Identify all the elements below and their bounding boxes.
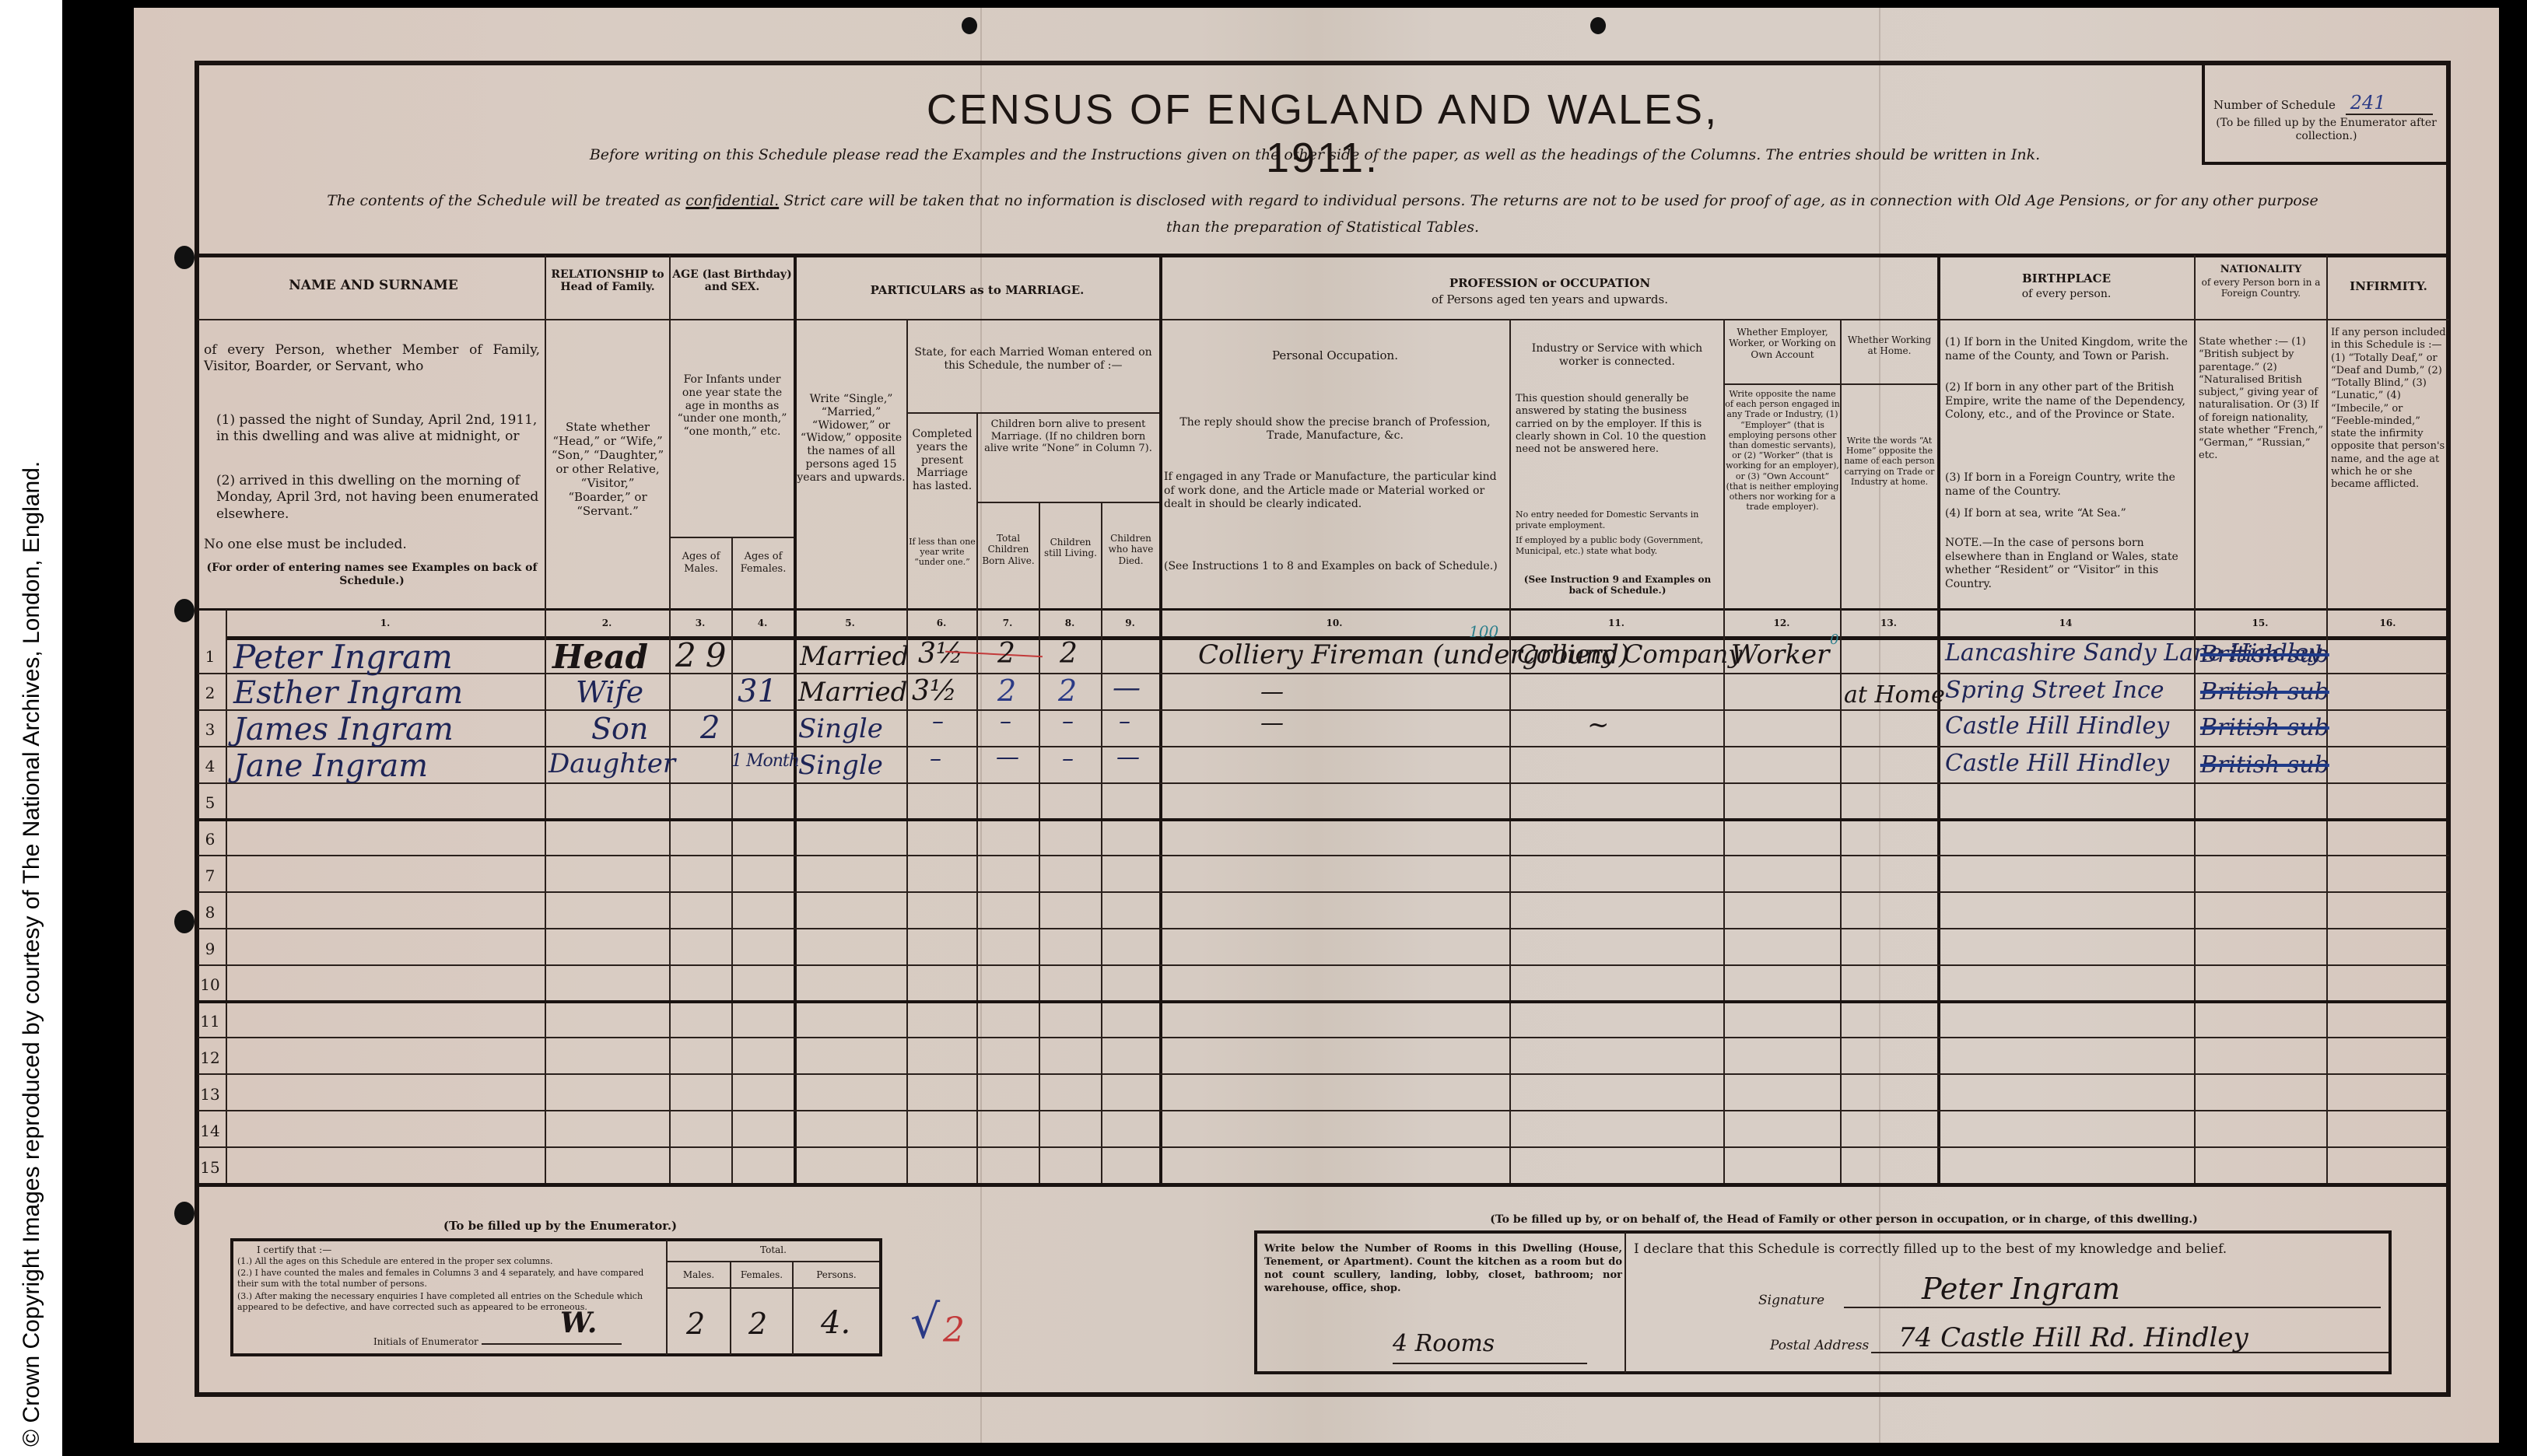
punch-hole (174, 246, 195, 269)
cell-industry: Colliery Company (1517, 639, 1742, 669)
header-bottom-line (198, 608, 2449, 611)
col-divider (731, 537, 733, 1185)
cell-nationality: British sub (2200, 751, 2329, 779)
cell-relationship: Wife (576, 675, 643, 709)
cell-age-female: 1 Month (731, 751, 799, 771)
age-females-label: Ages of Females. (733, 551, 794, 575)
instruction-line: Before writing on this Schedule please r… (498, 146, 2132, 163)
col-divider (1039, 502, 1040, 1185)
row-number: 6 (195, 830, 226, 849)
row-line (198, 746, 2449, 747)
confidential-line: The contents of the Schedule will be tre… (210, 192, 2435, 209)
col-divider (669, 255, 671, 1185)
header-marriage: PARTICULARS as to MARRIAGE. (795, 284, 1159, 297)
cell-relationship: Son (591, 712, 648, 746)
cell-name: Peter Ingram (233, 638, 453, 676)
col-divider (1509, 319, 1511, 1185)
row-number: 10 (195, 975, 226, 994)
row-line (198, 673, 2449, 674)
row-number: 4 (195, 757, 226, 775)
personal-occupation-label: Personal Occupation. (1161, 348, 1509, 362)
subheader-line (908, 412, 1159, 414)
cell-occupation: — (1260, 678, 1284, 705)
died-label: Children who have Died. (1102, 533, 1159, 566)
cell-age-male: 29 (675, 636, 735, 674)
col-num-9: 9. (1101, 618, 1159, 628)
cell-died: — (1116, 744, 1140, 771)
check-number: 2 (943, 1311, 965, 1350)
subheader-line (1725, 383, 1937, 385)
row-number: 1 (195, 647, 226, 666)
subheader-line (671, 537, 794, 538)
schedule-number-note: (To be filled up by the Enumerator after… (2210, 117, 2443, 143)
birthplace-desc-3: (3) If born in a Foreign Country, write … (1945, 471, 2190, 499)
col-num-7: 7. (976, 618, 1039, 628)
cell-occupation: — (1260, 709, 1284, 737)
personal-desc-2: If engaged in any Trade or Manufacture, … (1164, 471, 1506, 512)
married-woman-desc: State, for each Married Woman entered on… (909, 346, 1158, 373)
row-line-thick (198, 1000, 2449, 1003)
birthplace-desc-1: (1) If born in the United Kingdom, write… (1945, 336, 2190, 363)
row-line (198, 782, 2449, 784)
punch-hole (174, 1202, 195, 1225)
cell-born-alive: – (1000, 708, 1011, 735)
cell-relationship: Head (552, 638, 648, 676)
row-line (198, 709, 2449, 711)
cell-condition: Married (800, 641, 909, 672)
name-desc-intro: of every Person, whether Member of Famil… (204, 342, 540, 376)
address-value: 74 Castle Hill Rd. Hindley (1898, 1322, 2248, 1353)
employer-label: Whether Employer, Worker, or Working on … (1725, 327, 1840, 360)
cell-died: — (1113, 672, 1141, 704)
name-desc-2: (2) arrived in this dwelling on the morn… (216, 473, 540, 523)
signature-line (1844, 1307, 2381, 1308)
infirmity-desc: If any person included in this Schedule … (2331, 327, 2446, 491)
punch-hole (174, 910, 195, 933)
confidential-line-2: than the preparation of Statistical Tabl… (934, 219, 1712, 236)
header-divider (198, 319, 2449, 320)
row-number: 15 (195, 1158, 226, 1177)
col-num-16: 16. (2326, 618, 2449, 628)
row-line-thick (198, 818, 2449, 821)
enumerator-divider (668, 1261, 879, 1262)
industry-desc-2: No entry needed for Domestic Servants in… (1516, 509, 1719, 531)
enumerator-divider (666, 1240, 668, 1355)
cell-condition: Single (798, 713, 883, 744)
row-number: 5 (195, 793, 226, 812)
cell-name: Jane Ingram (233, 748, 428, 784)
cell-birthplace: Castle Hill Hindley (1945, 750, 2169, 777)
row-number: 7 (195, 866, 226, 885)
occupation-code: 100 (1469, 622, 1498, 641)
cell-born-alive: 2 (997, 674, 1016, 708)
name-desc-3: No one else must be included. (204, 537, 540, 553)
punch-hole (174, 599, 195, 622)
cell-years-married: – (932, 708, 944, 735)
schedule-number-label-text: Number of Schedule (2213, 98, 2336, 112)
cell-nationality: British sub (2200, 641, 2329, 668)
row-number: 14 (195, 1122, 226, 1140)
col-num-2: 2. (545, 618, 669, 628)
col-num-5: 5. (794, 618, 906, 628)
children-desc: Children born alive to present Marriage.… (979, 418, 1158, 455)
years-married-desc: Completed years the present Marriage has… (908, 428, 976, 493)
cell-years-married: 3½ (918, 638, 963, 670)
row-line (198, 1110, 2449, 1111)
row-number: 11 (195, 1012, 226, 1031)
relationship-desc: State whether “Head,” or “Wife,” “Son,” … (549, 420, 666, 518)
enumerator-heading: (To be filled up by the Enumerator.) (389, 1219, 731, 1233)
col-divider (545, 255, 546, 1185)
nationality-desc: State whether :— (1) “British subject by… (2199, 336, 2323, 463)
employer-desc: Write opposite the name of each person e… (1725, 389, 1840, 512)
col-num-14: 14 (1937, 618, 2194, 628)
punch-hole (1590, 17, 1606, 34)
occupation-subtitle: of Persons aged ten years and upwards. (1161, 292, 1939, 306)
cell-years-married: – (930, 745, 941, 772)
cell-condition: Single (798, 750, 883, 781)
years-married-note: If less than one year write “under one.” (908, 537, 976, 568)
cell-relationship: Daughter (549, 748, 675, 779)
name-desc-1: (1) passed the night of Sunday, April 2n… (216, 412, 540, 446)
rooms-instruction: Write below the Number of Rooms in this … (1264, 1243, 1622, 1296)
cell-birthplace: Spring Street Ince (1945, 677, 2164, 704)
industry-desc-4: (See Instruction 9 and Examples on back … (1516, 574, 1719, 597)
col-divider (1937, 255, 1940, 1185)
row-line (198, 891, 2449, 893)
col-num-6: 6. (906, 618, 976, 628)
col-divider (2194, 255, 2196, 1185)
initials-label-text: Initials of Enumerator (373, 1336, 478, 1347)
industry-desc-3: If employed by a public body (Government… (1516, 535, 1719, 557)
certify-item-3: (3.) After making the necessary enquirie… (237, 1291, 665, 1313)
personal-desc-1: The reply should show the precise branch… (1164, 416, 1506, 443)
certify-item-2: (2.) I have counted the males and female… (237, 1268, 665, 1290)
cell-nationality: British sub (2200, 678, 2329, 705)
cell-industry: ~ (1587, 709, 1610, 740)
age-males-label: Ages of Males. (671, 551, 731, 575)
cell-still-living: 2 (1060, 638, 1078, 670)
cell-condition: Married (798, 677, 907, 708)
row-number: 13 (195, 1085, 226, 1104)
col-num-1: 1. (226, 618, 545, 628)
row-line (198, 1037, 2449, 1038)
name-desc-4: (For order of entering names see Example… (204, 562, 540, 588)
row-line (198, 1073, 2449, 1075)
personal-desc-3: (See Instructions 1 to 8 and Examples on… (1164, 560, 1506, 574)
row-number-divider (226, 610, 227, 1185)
copyright-strip: © Crown Copyright Images reproduced by c… (0, 0, 62, 1456)
declaration-text: I declare that this Schedule is correctl… (1634, 1241, 2227, 1257)
header-age: AGE (last Birthday) and SEX. (671, 268, 794, 293)
at-home-label: Whether Working at Home. (1842, 334, 1937, 357)
header-birthplace: BIRTHPLACE (1939, 272, 2194, 285)
signature-value: Peter Ingram (1922, 1272, 2120, 1306)
nationality-subtitle: of every Person born in a Foreign Countr… (2196, 277, 2326, 299)
cell-employer-status: Worker (1731, 639, 1829, 670)
cell-died: – (1119, 708, 1130, 735)
cell-age-male: 2 (700, 710, 720, 746)
schedule-number-label: Number of Schedule 241 (2213, 92, 2433, 114)
confidential-word: confidential. (685, 192, 779, 209)
persons-total: 4. (821, 1305, 850, 1341)
header-name: NAME AND SURNAME (202, 278, 545, 294)
still-living-label: Children still Living. (1040, 537, 1101, 559)
head-of-family-heading: (To be filled up by, or on behalf of, th… (1338, 1213, 2350, 1227)
punch-hole (962, 17, 977, 34)
subheader-line (978, 502, 1159, 503)
header-nationality: NATIONALITY (2196, 264, 2326, 276)
cell-still-living: 2 (1058, 674, 1077, 708)
cell-age-female: 31 (738, 674, 777, 709)
cell-still-living: – (1062, 745, 1074, 772)
row-line (198, 928, 2449, 929)
table-bottom-line (198, 1183, 2449, 1187)
age-desc: For Infants under one year state the age… (674, 373, 790, 439)
females-total: 2 (748, 1307, 767, 1341)
initials-value: W. (560, 1307, 597, 1339)
cell-years-married: 3½ (912, 675, 957, 707)
enumerator-divider (668, 1287, 879, 1289)
copyright-text: © Crown Copyright Images reproduced by c… (19, 358, 45, 1447)
col-divider (1159, 255, 1162, 1185)
row-line (198, 964, 2449, 966)
rooms-value: 4 Rooms (1393, 1330, 1495, 1357)
birthplace-note: NOTE.—In the case of persons born elsewh… (1945, 537, 2190, 591)
col-divider (1101, 502, 1102, 1185)
address-label: Postal Address (1770, 1338, 1869, 1353)
row-number: 12 (195, 1048, 226, 1067)
birthplace-desc-4: (4) If born at sea, write “At Sea.” (1945, 507, 2190, 521)
col-num-13: 13. (1840, 618, 1937, 628)
total-label: Total. (668, 1244, 879, 1255)
header-occupation: PROFESSION or OCCUPATION (1161, 277, 1939, 290)
row-number: 8 (195, 903, 226, 922)
col-num-8: 8. (1039, 618, 1101, 628)
cell-name: James Ingram (233, 712, 454, 747)
col-num-10: 10. (1159, 618, 1509, 628)
row-number: 3 (195, 720, 226, 739)
page-title: CENSUS OF ENGLAND AND WALES, 1911. (895, 86, 1751, 182)
males-label: Males. (668, 1269, 730, 1280)
cell-nationality: British sub (2200, 714, 2329, 741)
row-number: 2 (195, 684, 226, 702)
employer-code: 0 (1830, 632, 1838, 648)
col-num-15: 15. (2194, 618, 2326, 628)
cell-born-alive: — (996, 744, 1019, 771)
header-infirmity: INFIRMITY. (2328, 280, 2449, 293)
rooms-underline (1393, 1363, 1587, 1364)
industry-label: Industry or Service with which worker is… (1511, 342, 1723, 369)
birthplace-desc-2: (2) If born in any other part of the Bri… (1945, 381, 2190, 422)
industry-desc-1: This question should generally be answer… (1516, 393, 1719, 456)
marriage-condition-desc: Write “Single,” “Married,” “Widower,” or… (797, 393, 906, 485)
table-top-line (198, 254, 2449, 257)
schedule-number-value: 241 (2346, 92, 2433, 115)
at-home-desc: Write the words “At Home” opposite the n… (1842, 436, 1937, 487)
col-num-12: 12. (1723, 618, 1840, 628)
col-num-11: 11. (1509, 618, 1723, 628)
cell-still-living: – (1062, 708, 1074, 735)
persons-label: Persons. (794, 1269, 879, 1280)
cell-at-home: at Home (1844, 681, 1945, 709)
check-mark-icon: √ (910, 1295, 940, 1349)
row-number: 9 (195, 940, 226, 958)
col-num-3: 3. (669, 618, 731, 628)
birthplace-subtitle: of every person. (1939, 288, 2194, 301)
cell-birthplace: Castle Hill Hindley (1945, 712, 2169, 740)
males-total: 2 (686, 1307, 705, 1341)
females-label: Females. (731, 1269, 792, 1280)
born-alive-label: Total Children Born Alive. (978, 533, 1039, 566)
col-num-4: 4. (731, 618, 794, 628)
col-divider (976, 412, 978, 1185)
header-relationship: RELATIONSHIP to Head of Family. (546, 268, 669, 293)
rooms-divider (1624, 1232, 1626, 1373)
certify-item-1: (1.) All the ages on this Schedule are e… (237, 1256, 665, 1267)
cell-name: Esther Ingram (233, 675, 463, 711)
confidential-text: The contents of the Schedule will be tre… (327, 192, 681, 209)
row-line (198, 1146, 2449, 1148)
signature-label: Signature (1758, 1293, 1824, 1308)
confidential-text-b: Strict care will be taken that no inform… (783, 192, 2318, 209)
certify-label: I certify that :— (257, 1244, 661, 1256)
cell-born-alive: 2 (997, 638, 1015, 670)
row-line (198, 855, 2449, 856)
